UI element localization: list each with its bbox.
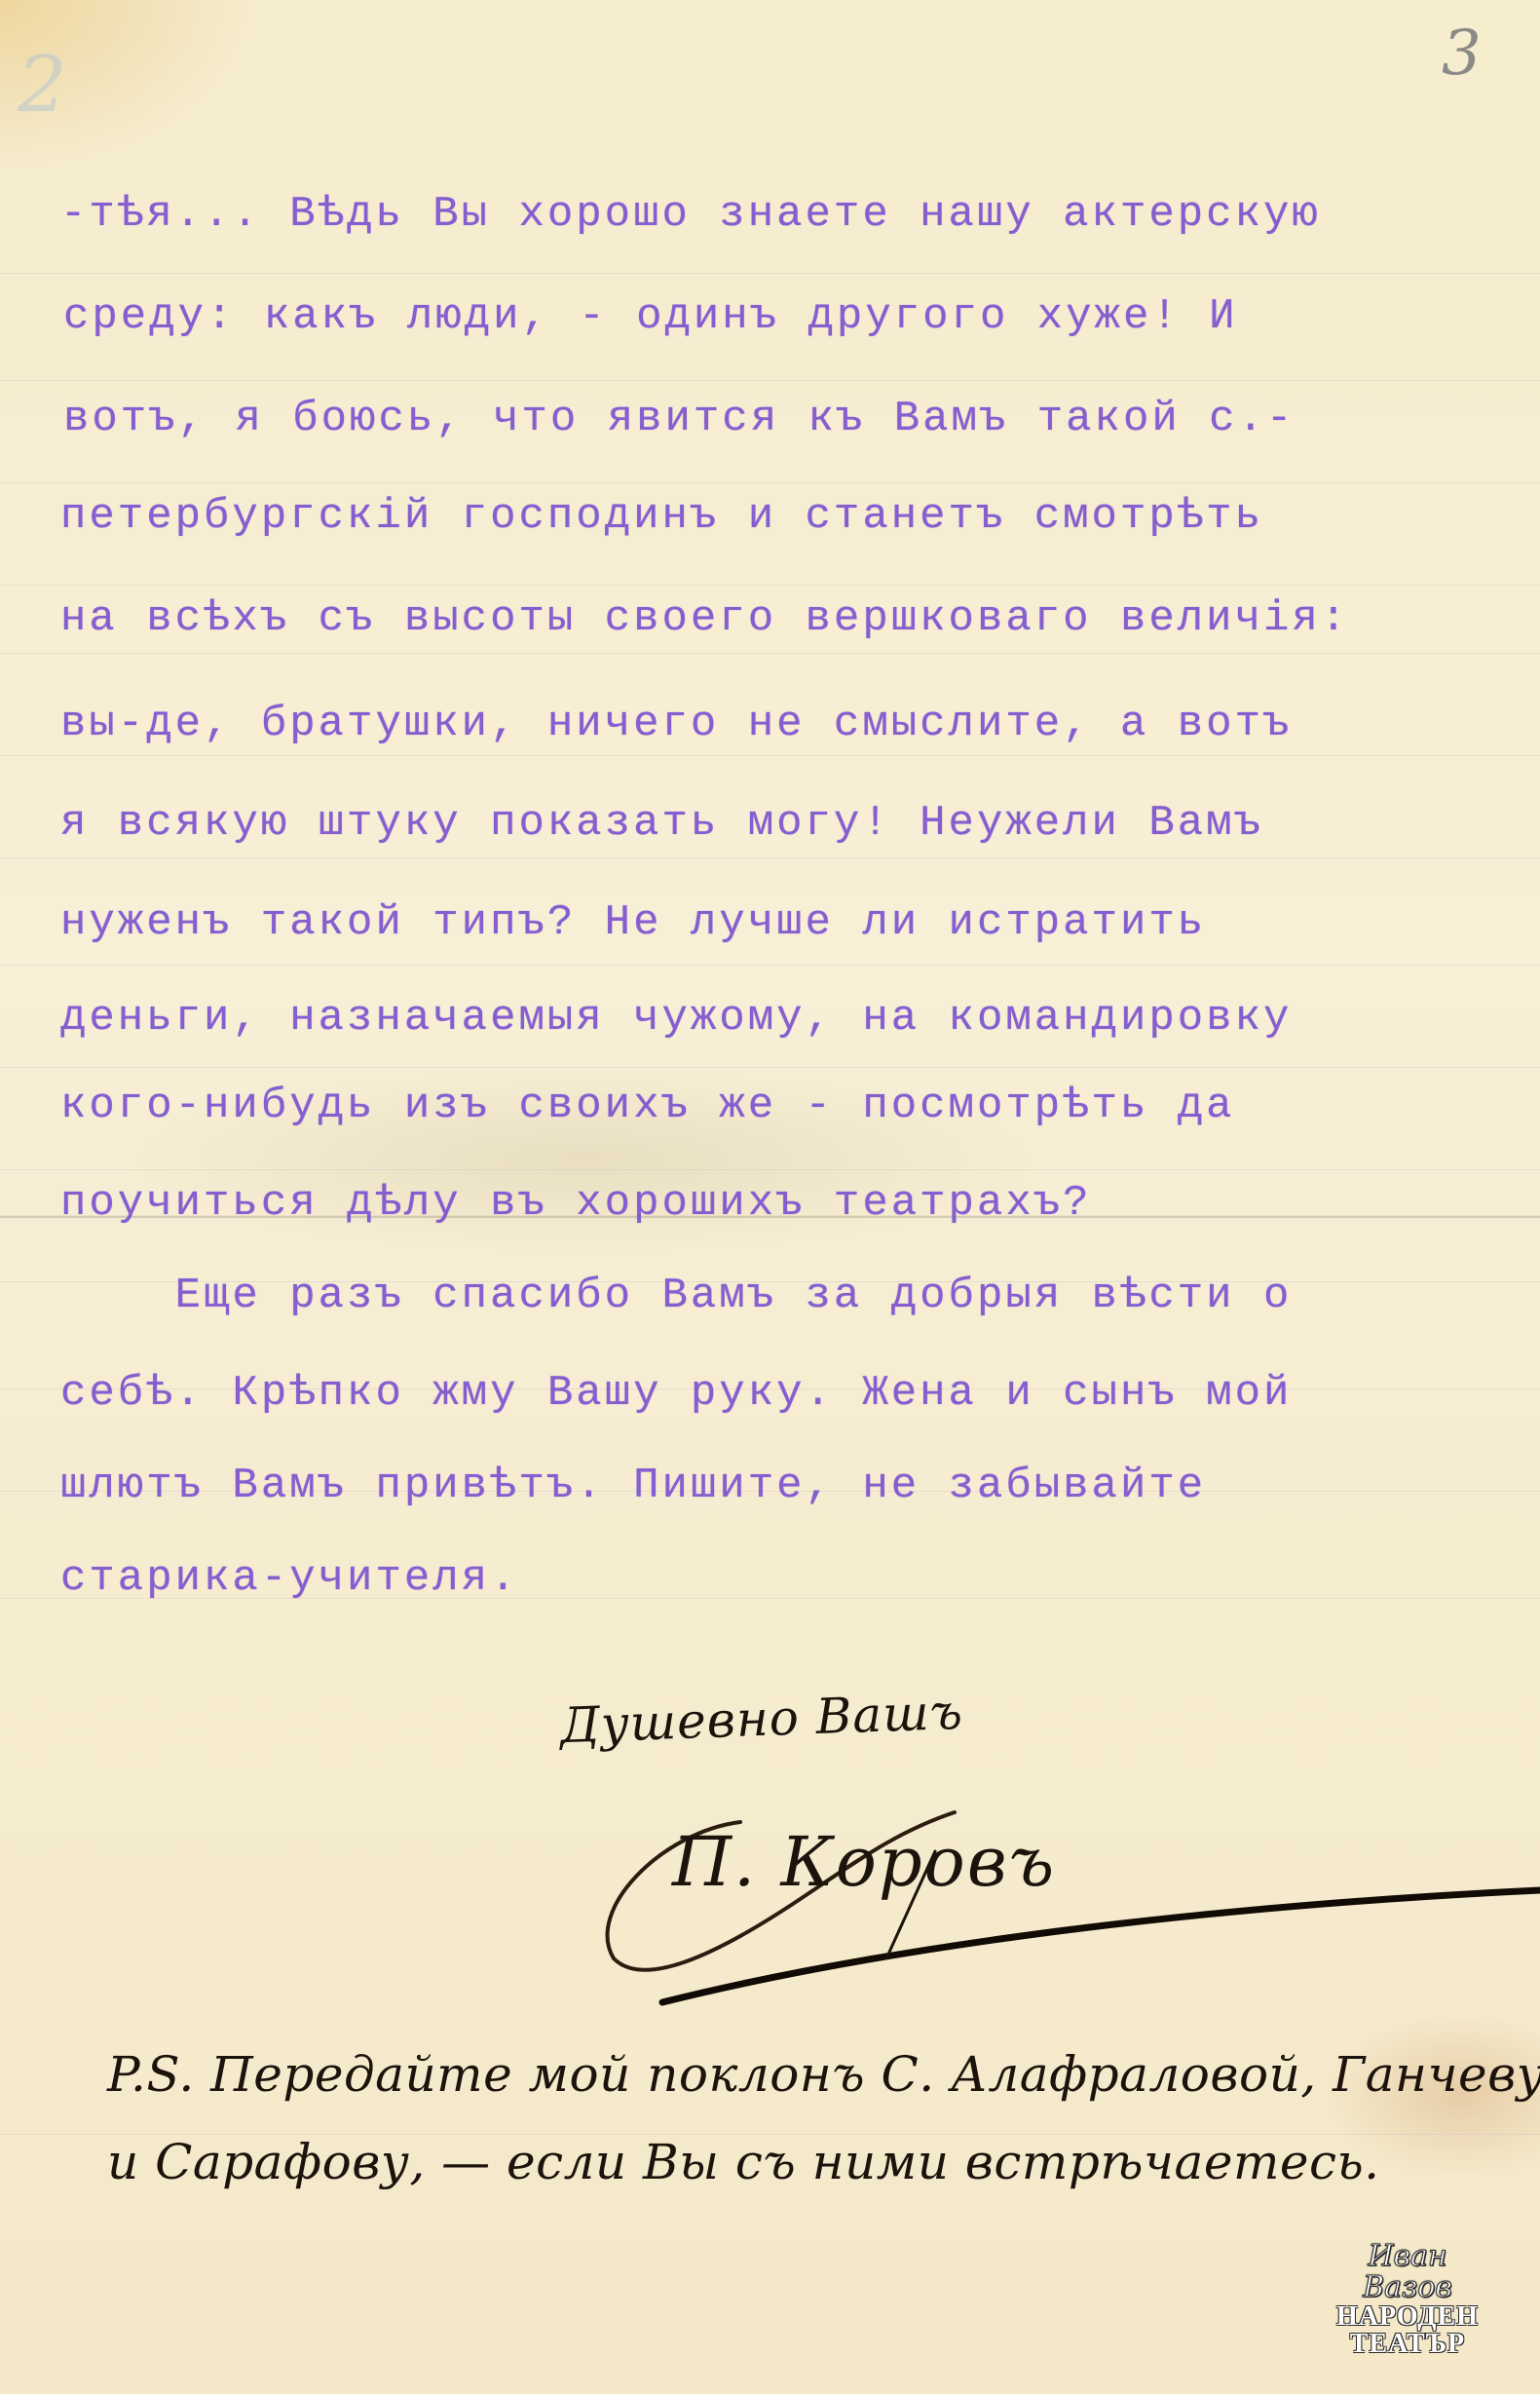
ruled-line <box>0 857 1540 858</box>
handwritten-signature: П. Коровъ <box>672 1822 1056 1902</box>
ruled-line <box>0 482 1540 483</box>
handwritten-closing: Душевно Вашъ <box>559 1684 964 1754</box>
ruled-line <box>0 965 1540 966</box>
ruled-line <box>0 755 1540 756</box>
national-theatre-logo: Иван Вазов НАРОДЕН ТЕАТЪР <box>1325 2241 1490 2358</box>
ruled-line <box>0 653 1540 654</box>
typed-line: старика-учителя. <box>60 1554 518 1603</box>
typed-line: -тѣя... Вѣдь Вы хорошо знаете нашу актер… <box>60 190 1321 239</box>
postscript-line: P.S. Передайте мой поклонъ С. Алафралово… <box>107 2046 1540 2103</box>
ruled-line <box>0 585 1540 586</box>
typed-line: вотъ, я боюсь, что явится къ Вамъ такой … <box>63 395 1295 443</box>
ruled-line <box>0 380 1540 381</box>
typed-line: себѣ. Крѣпко жму Вашу руку. Жена и сынъ … <box>60 1369 1292 1418</box>
logo-line2: ТЕАТЪР <box>1325 2331 1490 2358</box>
ruled-line <box>0 1169 1540 1170</box>
letter-page: 2 3 -тѣя... Вѣдь Вы хорошо знаете нашу а… <box>0 0 1540 2394</box>
typed-line: вы-де, братушки, ничего не смыслите, а в… <box>60 700 1292 748</box>
typed-line: шлютъ Вамъ привѣтъ. Пишите, не забывайте <box>60 1462 1206 1510</box>
typed-line: нуженъ такой типъ? Не лучше ли истратить <box>60 898 1206 947</box>
typed-line: деньги, назначаемыя чужому, на командиро… <box>60 994 1292 1043</box>
typed-line: на всѣхъ съ высоты своего вершковаго вел… <box>60 594 1349 643</box>
logo-script: Иван Вазов <box>1325 2241 1490 2303</box>
typed-line: Еще разъ спасибо Вамъ за добрыя вѣсти о <box>60 1272 1292 1320</box>
ruled-line <box>0 1067 1540 1068</box>
typed-line: я всякую штуку показать могу! Неужели Ва… <box>60 799 1263 848</box>
typed-line: среду: какъ люди, - одинъ другого хуже! … <box>63 292 1238 341</box>
logo-line1: НАРОДЕН <box>1325 2303 1490 2331</box>
typed-line: кого-нибудь изъ своихъ же - посмотрѣть д… <box>60 1082 1235 1130</box>
page-mark-left: 2 <box>18 39 67 130</box>
postscript-line: и Сарафову, — если Вы съ ними встрѣчаете… <box>107 2134 1380 2190</box>
page-mark-right: 3 <box>1442 18 1482 90</box>
typed-line: поучиться дѣлу въ хорошихъ театрахъ? <box>60 1179 1092 1228</box>
typed-line: петербургскій господинъ и станетъ смотрѣ… <box>60 492 1263 541</box>
ruled-line <box>0 273 1540 274</box>
